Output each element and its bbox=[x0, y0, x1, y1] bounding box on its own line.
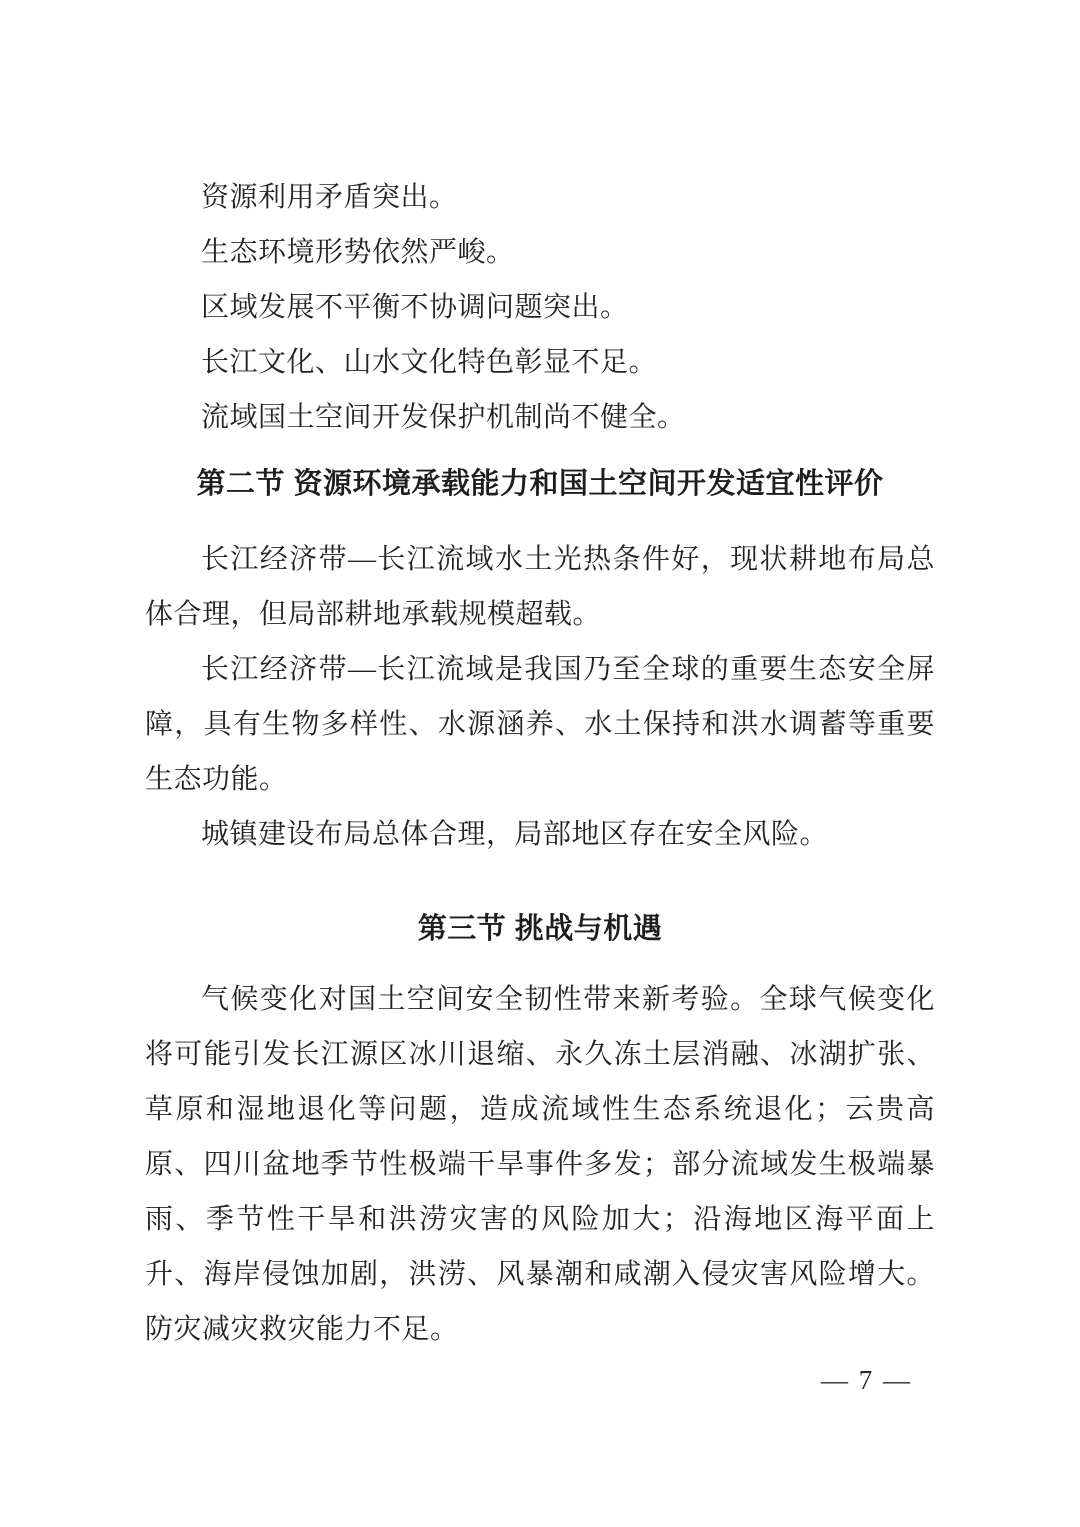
section-3-heading: 第三节 挑战与机遇 bbox=[145, 902, 935, 957]
document-body: 资源利用矛盾突出。 生态环境形势依然严峻。 区域发展不平衡不协调问题突出。 长江… bbox=[145, 170, 935, 1357]
intro-paragraph-4: 长江文化、山水文化特色彰显不足。 bbox=[145, 335, 935, 390]
section-2-paragraph-1: 长江经济带—长江流域水土光热条件好，现状耕地布局总体合理，但局部耕地承载规模超载… bbox=[145, 532, 935, 642]
intro-paragraph-1: 资源利用矛盾突出。 bbox=[145, 170, 935, 225]
document-page: 资源利用矛盾突出。 生态环境形势依然严峻。 区域发展不平衡不协调问题突出。 长江… bbox=[0, 0, 1080, 1527]
intro-paragraph-3: 区域发展不平衡不协调问题突出。 bbox=[145, 280, 935, 335]
section-2-heading: 第二节 资源环境承载能力和国土空间开发适宜性评价 bbox=[145, 457, 935, 512]
section-3-paragraph-1: 气候变化对国土空间安全韧性带来新考验。全球气候变化将可能引发长江源区冰川退缩、永… bbox=[145, 972, 935, 1357]
section-2-paragraph-3: 城镇建设布局总体合理，局部地区存在安全风险。 bbox=[145, 807, 935, 862]
intro-paragraph-2: 生态环境形势依然严峻。 bbox=[145, 225, 935, 280]
page-number: — 7 — bbox=[821, 1362, 912, 1398]
section-2-paragraph-2: 长江经济带—长江流域是我国乃至全球的重要生态安全屏障，具有生物多样性、水源涵养、… bbox=[145, 642, 935, 807]
intro-paragraph-5: 流域国土空间开发保护机制尚不健全。 bbox=[145, 390, 935, 445]
